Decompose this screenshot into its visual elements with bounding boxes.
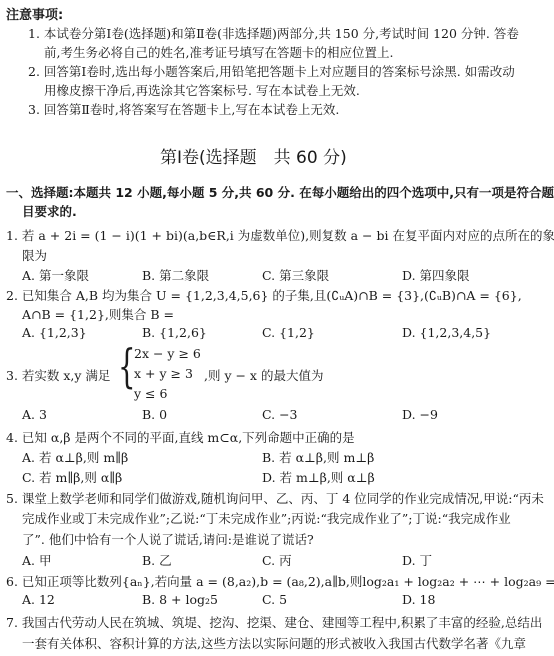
question-1-stem: 1. 若 a + 2i = (1 − i)(1 + bi)(a,b∈R,i 为虚… xyxy=(6,226,554,244)
question-3-constraint-1: 2x − y ≥ 6 xyxy=(134,346,201,361)
question-3-option-d: D. −9 xyxy=(402,407,438,422)
question-3-suffix: ,则 y − x 的最大值为 xyxy=(204,366,323,384)
section-title: 第Ⅰ卷(选择题 共 60 分) xyxy=(160,143,347,168)
question-7-stem: 7. 我国古代劳动人民在筑城、筑堤、挖沟、挖渠、建仓、建囤等工程中,积累了丰富的… xyxy=(6,613,542,631)
question-1-option-d: D. 第四象限 xyxy=(402,266,470,284)
question-1-option-a: A. 第一象限 xyxy=(22,266,89,284)
notice-item-2-cont: 用橡皮擦干净后,再选涂其它答案标号. 写在本试卷上无效. xyxy=(44,81,360,99)
question-5-stem-cont-2: 了”. 他们中恰有一个人说了谎话,请问:是谁说了谎话? xyxy=(22,530,314,548)
question-6-option-c: C. 5 xyxy=(262,592,287,607)
question-1-option-c: C. 第三象限 xyxy=(262,266,329,284)
question-4-option-b: B. 若 α⊥β,则 m⊥β xyxy=(262,448,374,466)
question-3-constraint-2: x + y ≥ 3 xyxy=(134,366,193,381)
notice-item-2: 2. 回答第Ⅰ卷时,选出每小题答案后,用铅笔把答题卡上对应题目的答案标号涂黑. … xyxy=(28,62,515,80)
question-4-stem: 4. 已知 α,β 是两个不同的平面,直线 m⊂α,下列命题中正确的是 xyxy=(6,428,355,446)
question-3-prefix: 3. 若实数 x,y 满足 xyxy=(6,366,110,384)
question-4-option-c: C. 若 m∥β,则 α∥β xyxy=(22,468,122,486)
question-4-option-d: D. 若 m⊥β,则 α⊥β xyxy=(262,468,375,486)
notice-heading: 注意事项: xyxy=(6,4,63,23)
part-one-instruction-cont: 目要求的. xyxy=(22,202,77,220)
notice-item-3: 3. 回答第Ⅱ卷时,将答案写在答题卡上,写在本试卷上无效. xyxy=(28,100,339,118)
notice-item-1: 1. 本试卷分第Ⅰ卷(选择题)和第Ⅱ卷(非选择题)两部分,共 150 分,考试时… xyxy=(28,24,519,42)
question-5-stem: 5. 课堂上数学老师和同学们做游戏,随机询问甲、乙、丙、丁 4 位同学的作业完成… xyxy=(6,489,544,507)
question-1-option-b: B. 第二象限 xyxy=(142,266,209,284)
question-2-stem: 2. 已知集合 A,B 均为集合 U = {1,2,3,4,5,6} 的子集,且… xyxy=(6,286,522,304)
question-6-option-b: B. 8 + log₂5 xyxy=(142,592,218,607)
question-2-option-b: B. {1,2,6} xyxy=(142,325,207,340)
question-2-option-d: D. {1,2,3,4,5} xyxy=(402,325,491,340)
question-5-option-a: A. 甲 xyxy=(22,551,51,569)
question-7-stem-cont: 一套有关体积、容积计算的方法,这些方法以实际问题的形式被收入我国古代数学名著《九… xyxy=(22,634,526,652)
question-3-option-c: C. −3 xyxy=(262,407,298,422)
part-one-instruction: 一、选择题:本题共 12 小题,每小题 5 分,共 60 分. 在每小题给出的四… xyxy=(6,183,554,201)
question-3-constraint-3: y ≤ 6 xyxy=(134,386,167,401)
question-2-option-c: C. {1,2} xyxy=(262,325,315,340)
question-3-option-a: A. 3 xyxy=(22,407,47,422)
question-6-stem: 6. 已知正项等比数列{aₙ},若向量 a = (8,a₂),b = (a₈,2… xyxy=(6,572,554,590)
notice-item-1-cont: 前,考生务必将自己的姓名,准考证号填写在答题卡的相应位置上. xyxy=(44,43,393,61)
question-4-option-a: A. 若 α⊥β,则 m∥β xyxy=(22,448,128,466)
question-5-stem-cont-1: 完成作业或丁未完成作业”;乙说:“丁未完成作业”;丙说:“我完成作业了”;丁说:… xyxy=(22,509,511,527)
question-5-option-b: B. 乙 xyxy=(142,551,172,569)
question-5-option-d: D. 丁 xyxy=(402,551,432,569)
question-6-option-a: A. 12 xyxy=(22,592,55,607)
question-3-option-b: B. 0 xyxy=(142,407,167,422)
question-5-option-c: C. 丙 xyxy=(262,551,292,569)
system-brace: { xyxy=(118,343,136,389)
question-2-stem-cont: A∩B = {1,2},则集合 B = xyxy=(22,305,174,323)
question-6-option-d: D. 18 xyxy=(402,592,435,607)
question-1-stem-cont: 限为 xyxy=(22,246,47,264)
question-2-option-a: A. {1,2,3} xyxy=(22,325,87,340)
